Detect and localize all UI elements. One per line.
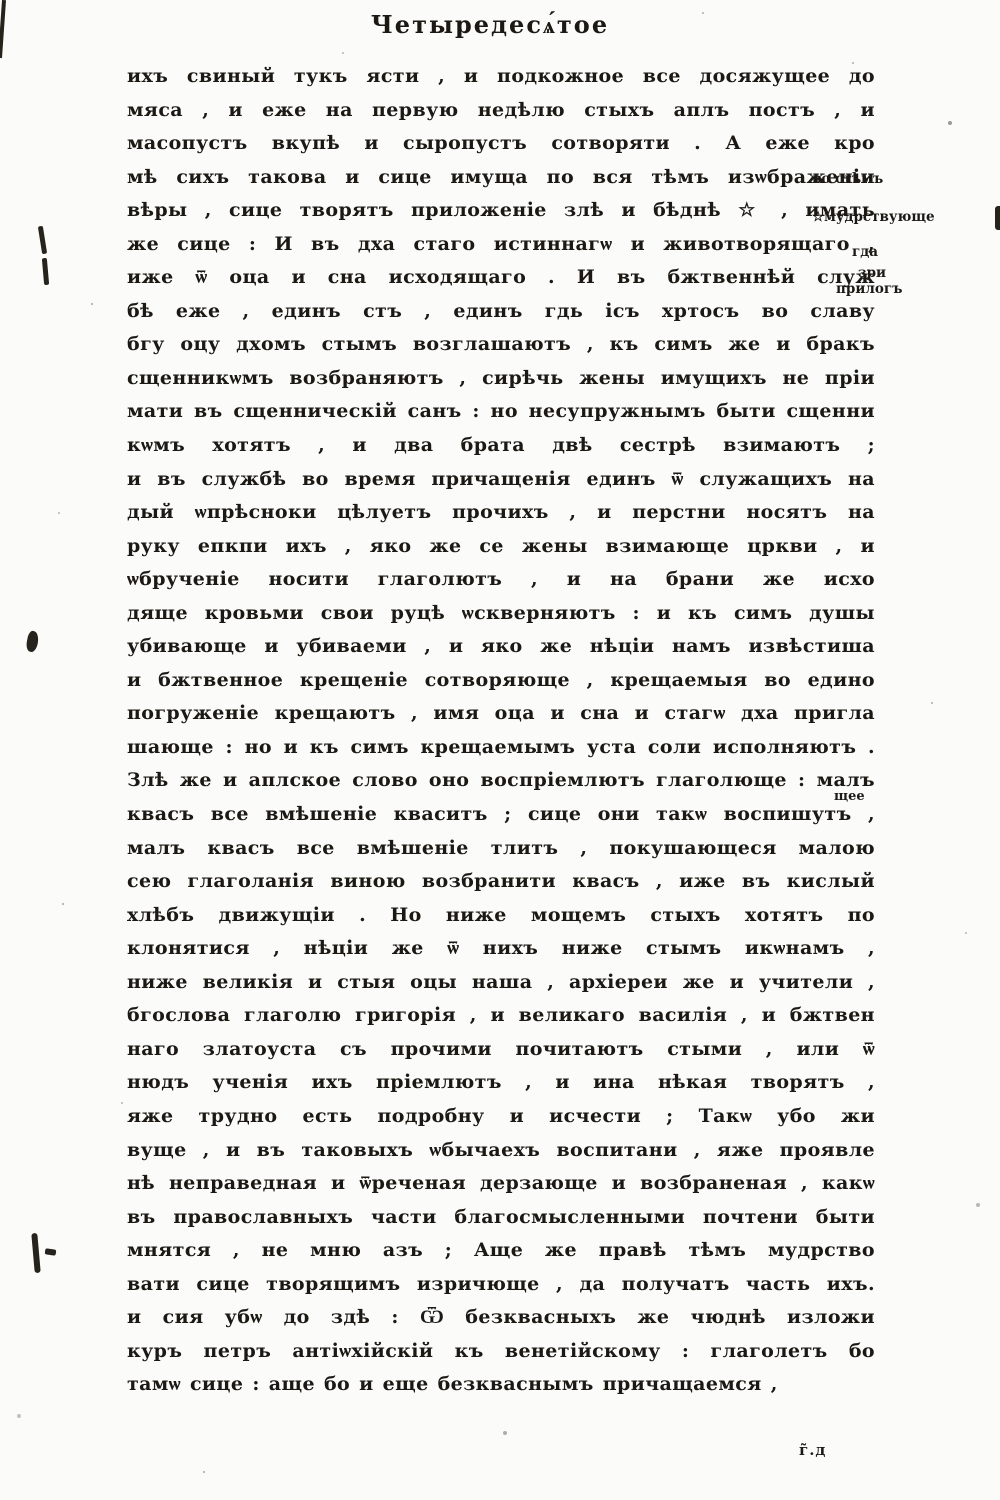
- text-line: погруженіе крещаютъ , имя оца и сна и ст…: [127, 697, 875, 731]
- main-text-block: ихъ свиный тукъ ясти , и подкожное все д…: [127, 60, 875, 1402]
- text-line: куръ петръ антіѡхійскій къ венетійскому …: [127, 1335, 875, 1369]
- text-line: сщенникѡмъ возбраняютъ , сирѣчь жены иму…: [127, 362, 875, 396]
- text-line: нюдъ ученія ихъ пріемлютъ , и ина нѣкая …: [127, 1066, 875, 1100]
- text-line: хлѣбъ движущіи . Но ниже мощемъ стыхъ хо…: [127, 899, 875, 933]
- text-line: ихъ свиный тукъ ясти , и подкожное все д…: [127, 60, 875, 94]
- text-line: и въ службѣ во время причащенія единъ ѿ …: [127, 463, 875, 497]
- text-line: сею глаголанія виною возбранити квасъ , …: [127, 865, 875, 899]
- text-line: вати сице творящимъ изричюще , да получа…: [127, 1268, 875, 1302]
- text-line: наго златоуста съ прочими почитаютъ стым…: [127, 1033, 875, 1067]
- ink-mark: [995, 206, 1000, 230]
- text-line: малъ квасъ все вмѣшеніе тлитъ , покушающ…: [127, 832, 875, 866]
- margin-note-upper: во стѣмъ☆мудрствующегдазриприлогъ: [812, 172, 982, 297]
- ink-mark: [42, 258, 49, 285]
- text-line: вуще , и въ таковыхъ ѡбычаехъ воспитани …: [127, 1134, 875, 1168]
- text-line: яже трудно есть подробну и исчести ; Так…: [127, 1100, 875, 1134]
- text-line: ниже великія и стыя оцы наша , архіереи …: [127, 966, 875, 1000]
- ink-mark: [38, 226, 47, 254]
- text-line: мѣ сихъ такова и сице имуща по вся тѣмъ …: [127, 161, 875, 195]
- text-line: бгослова глаголю григорія , и великаго в…: [127, 999, 875, 1033]
- ink-mark: [25, 630, 40, 653]
- text-line: ѡбрученіе носити глаголютъ , и на брани …: [127, 563, 875, 597]
- text-line: мати въ сщенническій санъ : но несупружн…: [127, 395, 875, 429]
- page-title: Четыредесѧ́тое: [0, 10, 980, 40]
- text-line: мнятся , не мню азъ ; Аще же правѣ тѣмъ …: [127, 1234, 875, 1268]
- margin-note-line: гда: [812, 245, 982, 260]
- text-line: убивающе и убиваеми , и яко же нѣціи нам…: [127, 630, 875, 664]
- text-line: вѣры , сице творятъ приложеніе злѣ и бѣд…: [127, 194, 875, 228]
- text-line: мяса , и еже на первую недѣлю стыхъ аплъ…: [127, 94, 875, 128]
- text-line: бѣ еже , единъ стъ , единъ гдь ісъ хртос…: [127, 295, 875, 329]
- text-line: дяще кровьми свои руцѣ ѡскверняютъ : и к…: [127, 597, 875, 631]
- text-line: масопустъ вкупѣ и сыропустъ сотворяти . …: [127, 127, 875, 161]
- ink-mark: [45, 1248, 57, 1255]
- scan-noise: [0, 0, 2, 2]
- margin-note-line: ☆мудрствующе: [812, 210, 982, 225]
- text-line: руку епкпи ихъ , яко же се жены взимающе…: [127, 530, 875, 564]
- text-line: и сия убѡ до здѣ : Ѿ безквасныхъ же чюдн…: [127, 1301, 875, 1335]
- text-line: иже ѿ оца и сна исходящаго . И въ бжтвен…: [127, 261, 875, 295]
- text-line: и бжтвенное крещеніе сотворяюще , крещае…: [127, 664, 875, 698]
- text-line: бгу оцу дхомъ стымъ возглашаютъ , къ сим…: [127, 328, 875, 362]
- text-line: квасъ все вмѣшеніе кваситъ ; сице они та…: [127, 798, 875, 832]
- text-line: тамѡ сице : аще бо и еще безкваснымъ при…: [127, 1368, 875, 1402]
- text-line: дый ѡпрѣсноки цѣлуетъ прочихъ , и перстн…: [127, 496, 875, 530]
- scanned-book-page: Четыредесѧ́тое ихъ свиный тукъ ясти , и …: [0, 0, 1000, 1500]
- ink-mark: [31, 1233, 40, 1273]
- text-line: шающе : но и къ симъ крещаемымъ уста сол…: [127, 731, 875, 765]
- quire-signature: г̃.д: [799, 1441, 826, 1459]
- text-line: кѡмъ хотятъ , и два брата двѣ сестрѣ взи…: [127, 429, 875, 463]
- margin-note-line: зри: [812, 266, 982, 281]
- text-line: Злѣ же и аплское слово оно воспріемлютъ …: [127, 764, 875, 798]
- text-line: въ православныхъ части благосмысленными …: [127, 1201, 875, 1235]
- text-line: клонятися , нѣціи же ѿ нихъ ниже стымъ и…: [127, 932, 875, 966]
- text-line: нѣ неправедная и ѿреченая дерзающе и воз…: [127, 1167, 875, 1201]
- margin-note-mid: щее: [834, 789, 865, 804]
- margin-note-line: прилогъ: [812, 282, 982, 297]
- text-line: же сице : И въ дха стаго истиннагѡ и жив…: [127, 228, 875, 262]
- margin-note-line: во стѣмъ: [812, 172, 982, 187]
